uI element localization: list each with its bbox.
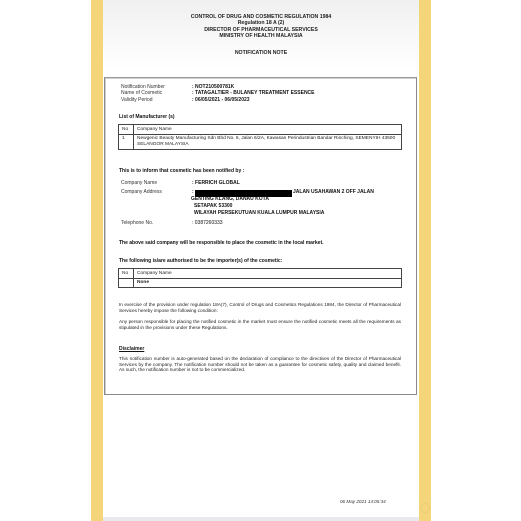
- address-line-2: GENTING KLANG, DANAU KOTA: [191, 196, 269, 202]
- telephone-value: : 0387260333: [192, 220, 223, 226]
- column-header-company: Company Name: [134, 269, 402, 279]
- print-timestamp: 06 May 2021 14:05:34: [340, 499, 386, 504]
- header-ministry: MINISTRY OF HEALTH MALAYSIA: [103, 33, 419, 39]
- column-header-company: Company Name: [134, 125, 402, 135]
- manufacturer-name: Newgenic Beauty Manufacturing Sdn Bhd No…: [134, 134, 402, 149]
- validity-period-value: : 06/05/2021 - 06/05/2023: [192, 97, 250, 103]
- document-title: NOTIFICATION NOTE: [103, 50, 419, 56]
- manufacturer-no: 1: [119, 134, 134, 149]
- disclaimer-text: This notification number is auto-generat…: [119, 356, 401, 373]
- address-line-1: JALAN USAHAWAN 2 OFF JALAN: [293, 189, 374, 195]
- condition-paragraph-1: In exercise of the provision under regul…: [119, 302, 401, 313]
- company-address-label: Company Address: [121, 189, 162, 195]
- company-name-label: Company Name: [121, 180, 157, 186]
- importer-no: [119, 278, 134, 288]
- telephone-label: Telephone No.: [121, 220, 153, 226]
- importer-name: None: [134, 278, 402, 288]
- address-line-3: SETAPAK 53300: [194, 203, 232, 209]
- table-row: 1 Newgenic Beauty Manufacturing Sdn Bhd …: [119, 134, 402, 149]
- notification-details: Notification Number : NOT210500781K Name…: [121, 84, 411, 103]
- watermark-icon: [420, 503, 430, 513]
- address-line-4: WILAYAH PERSEKUTUAN KUALA LUMPUR MALAYSI…: [194, 210, 324, 216]
- table-row: None: [119, 278, 402, 288]
- manufacturer-table: No Company Name 1 Newgenic Beauty Manufa…: [118, 124, 402, 150]
- disclaimer-title: Disclaimer: [119, 346, 144, 352]
- table-header-row: No Company Name: [119, 125, 402, 135]
- importer-table: No Company Name None: [118, 268, 402, 288]
- responsibility-statement: The above said company will be responsib…: [119, 240, 324, 246]
- importer-title: The following is/are authorised to be th…: [119, 258, 282, 264]
- condition-paragraph-2: Any person responsible for placing the n…: [119, 319, 401, 330]
- document-header: CONTROL OF DRUG AND COSMETIC REGULATION …: [103, 14, 419, 56]
- page-bottom-edge: [103, 517, 419, 521]
- notifier-title: This is to inform that cosmetic has been…: [119, 168, 244, 174]
- manufacturer-list-title: List of Manufacturer (s): [119, 114, 175, 120]
- table-header-row: No Company Name: [119, 269, 402, 279]
- column-header-no: No: [119, 269, 134, 279]
- company-address-prefix: :: [192, 189, 194, 195]
- validity-period-label: Validity Period: [121, 97, 153, 103]
- company-name-value: : FERRICH GLOBAL: [192, 180, 240, 186]
- column-header-no: No: [119, 125, 134, 135]
